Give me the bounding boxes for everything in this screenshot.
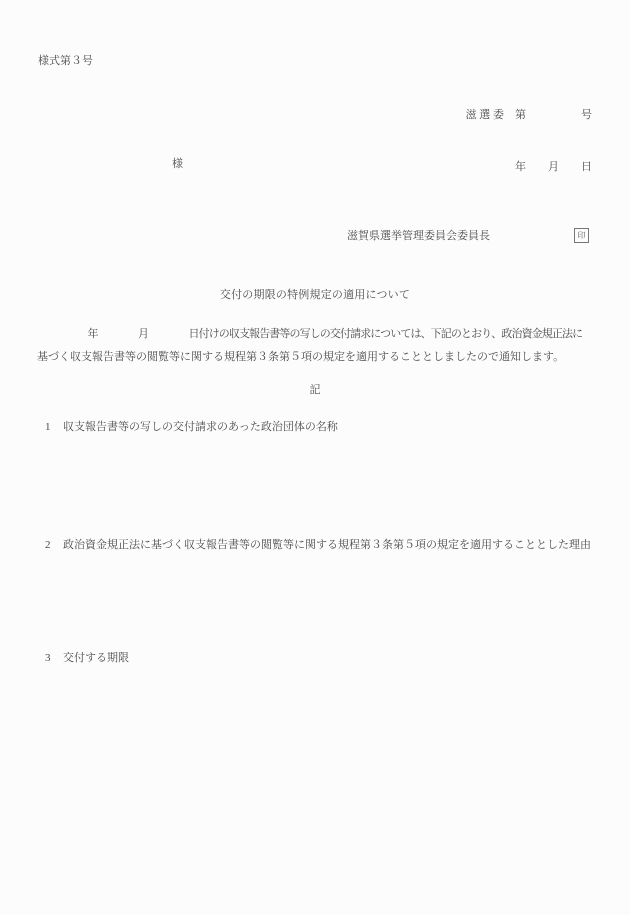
record-marker: 記: [0, 383, 630, 398]
item-number: 1: [45, 420, 51, 435]
item-text: 政治資金規正法に基づく収支報告書等の閲覧等に関する規程第３条第５項の規定を適用す…: [63, 538, 591, 553]
item-number: 2: [45, 538, 51, 553]
body-paragraph-line-2: 基づく収支報告書等の閲覧等に関する規程第３条第５項の規定を適用することとしました…: [37, 350, 564, 365]
form-number: 様式第３号: [38, 54, 93, 69]
item-number: 3: [45, 651, 51, 666]
sender-row: 滋賀県選挙管理委員会委員長 印: [0, 229, 630, 247]
reference-number-line: 滋 選 委 第 号: [466, 108, 593, 123]
body-paragraph-line-1: 年 月 日付けの収支報告書等の写しの交付請求については、下記のとおり、政治資金規…: [37, 327, 582, 342]
seal-mark-label: 印: [578, 232, 586, 240]
date-line: 年 月 日: [466, 160, 593, 175]
item-text: 収支報告書等の写しの交付請求のあった政治団体の名称: [63, 420, 338, 435]
subject-title: 交付の期限の特例規定の適用について: [0, 288, 630, 303]
sender-title: 滋賀県選挙管理委員会委員長: [347, 229, 490, 244]
header-reference-block: 滋 選 委 第 号 年 月 日: [466, 78, 593, 205]
addressee-honorific: 様: [172, 157, 183, 172]
item-text: 交付する期限: [63, 651, 129, 666]
document-page: 様式第３号 滋 選 委 第 号 年 月 日 様 滋賀県選挙管理委員会委員長 印 …: [0, 0, 630, 915]
seal-placeholder-box: 印: [574, 228, 589, 243]
